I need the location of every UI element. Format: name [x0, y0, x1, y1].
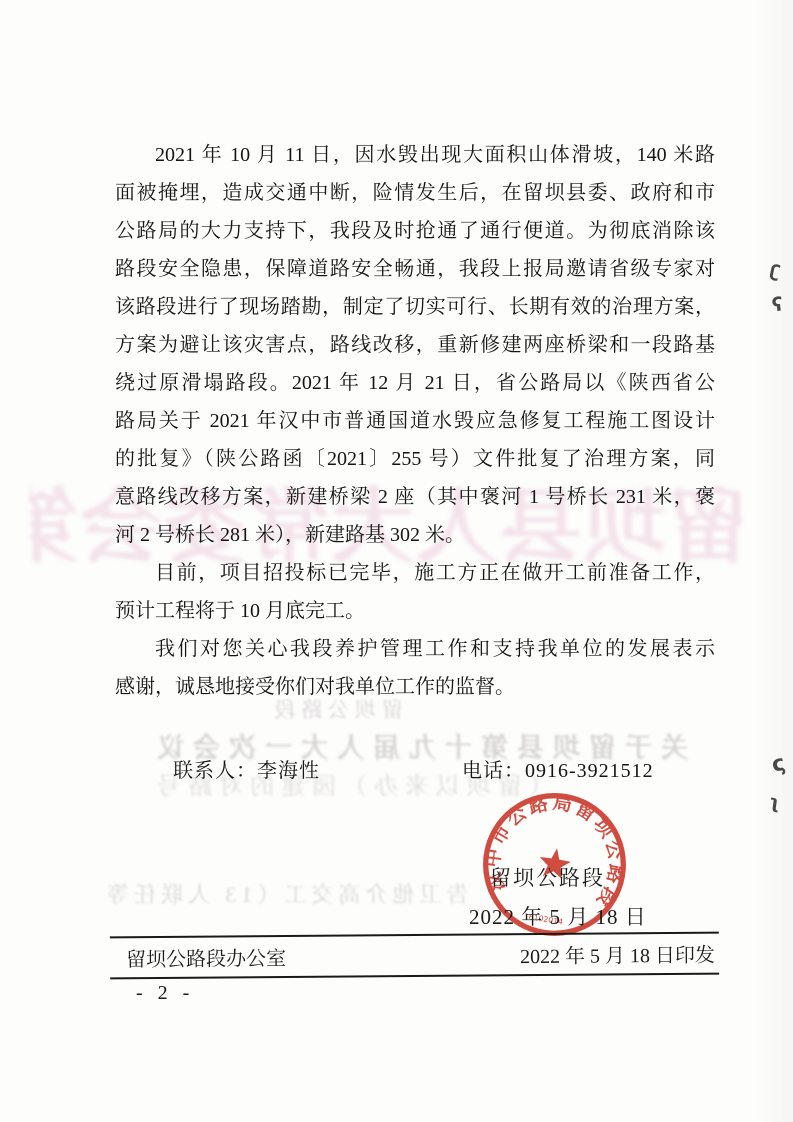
body-text-line: 河 2 号桥长 281 米），新建路基 302 米。 [115, 516, 715, 554]
scan-ink-mark: ς [769, 751, 788, 778]
signature-org: 留坝公路段 [490, 862, 605, 892]
body-text-line: 绕过原滑塌路段。2021 年 12 月 21 日，省公路局以《陕西省公 [115, 364, 715, 402]
body-text-line: 路段安全隐患，保障道路安全畅通，我段上报局邀请省级专家对 [115, 250, 715, 288]
body-text-line: 该路段进行了现场踏勘，制定了切实可行、长期有效的治理方案， [115, 288, 715, 326]
footer-bar: 留坝公路段办公室 2022 年 5 月 18 日印发 [110, 932, 719, 980]
body-text-line: 路局关于 2021 年汉中市普通国道水毁应急修复工程施工图设计 [115, 402, 715, 440]
bleedthrough-text: 告卫他介高交工（13 人联任等 [102, 878, 469, 909]
scanned-document-page: { "body": { "para1_lines": [ "2021 年 10 … [0, 0, 793, 1122]
body-text-line: 我们对您关心我段养护管理工作和支持我单位的发展表示 [115, 630, 715, 668]
contact-row: 联系人：李海性 电话：0916-3921512 [115, 752, 715, 790]
contact-person: 联系人：李海性 [173, 752, 320, 790]
body-text-line: 预计工程将于 10 月底完工。 [115, 592, 715, 630]
body-text-line: 面被掩埋，造成交通中断，险情发生后，在留坝县委、政府和市 [115, 174, 715, 212]
scan-ink-mark: ʕ [771, 293, 784, 316]
body-text-line: 方案为避让该灾害点，路线改移，重新修建两座桥梁和一段路基 [115, 326, 715, 364]
page-number: - 2 - [136, 982, 194, 1005]
body-text-line: 公路局的大力支持下，我段及时抢通了通行便道。为彻底消除该 [115, 212, 715, 250]
footer-office: 留坝公路段办公室 [126, 942, 286, 972]
footer-print-date: 2022 年 5 月 18 日印发 [520, 939, 715, 970]
signature-date: 2022 年 5 月 18 日 [469, 901, 647, 931]
scan-ink-mark: ʅ [768, 791, 782, 813]
scan-ink-mark: ʗ [768, 261, 782, 283]
body-text-line: 2021 年 10 月 11 日，因水毁出现大面积山体滑坡，140 米路 [115, 136, 715, 174]
body-text-line: 意路线改移方案，新建桥梁 2 座（其中褒河 1 号桥长 231 米，褒 [115, 478, 715, 516]
body-text-line: 的批复》（陕公路函〔2021〕255 号）文件批复了治理方案，同 [115, 440, 715, 478]
paragraph-repair-plan: 2021 年 10 月 11 日，因水毁出现大面积山体滑坡，140 米路面被掩埋… [115, 136, 715, 554]
scan-edge-shadow [753, 0, 793, 1122]
body-text-line: 感谢，诚恳地接受你们对我单位工作的监督。 [115, 668, 715, 706]
paragraph-progress: 目前，项目招投标已完毕，施工方正在做开工前准备工作，预计工程将于 10 月底完工… [115, 554, 715, 630]
body-text-line: 目前，项目招投标已完毕，施工方正在做开工前准备工作， [115, 554, 715, 592]
document-body: 2021 年 10 月 11 日，因水毁出现大面积山体滑坡，140 米路面被掩埋… [115, 136, 715, 790]
paragraph-thanks: 我们对您关心我段养护管理工作和支持我单位的发展表示感谢，诚恳地接受你们对我单位工… [115, 630, 715, 706]
